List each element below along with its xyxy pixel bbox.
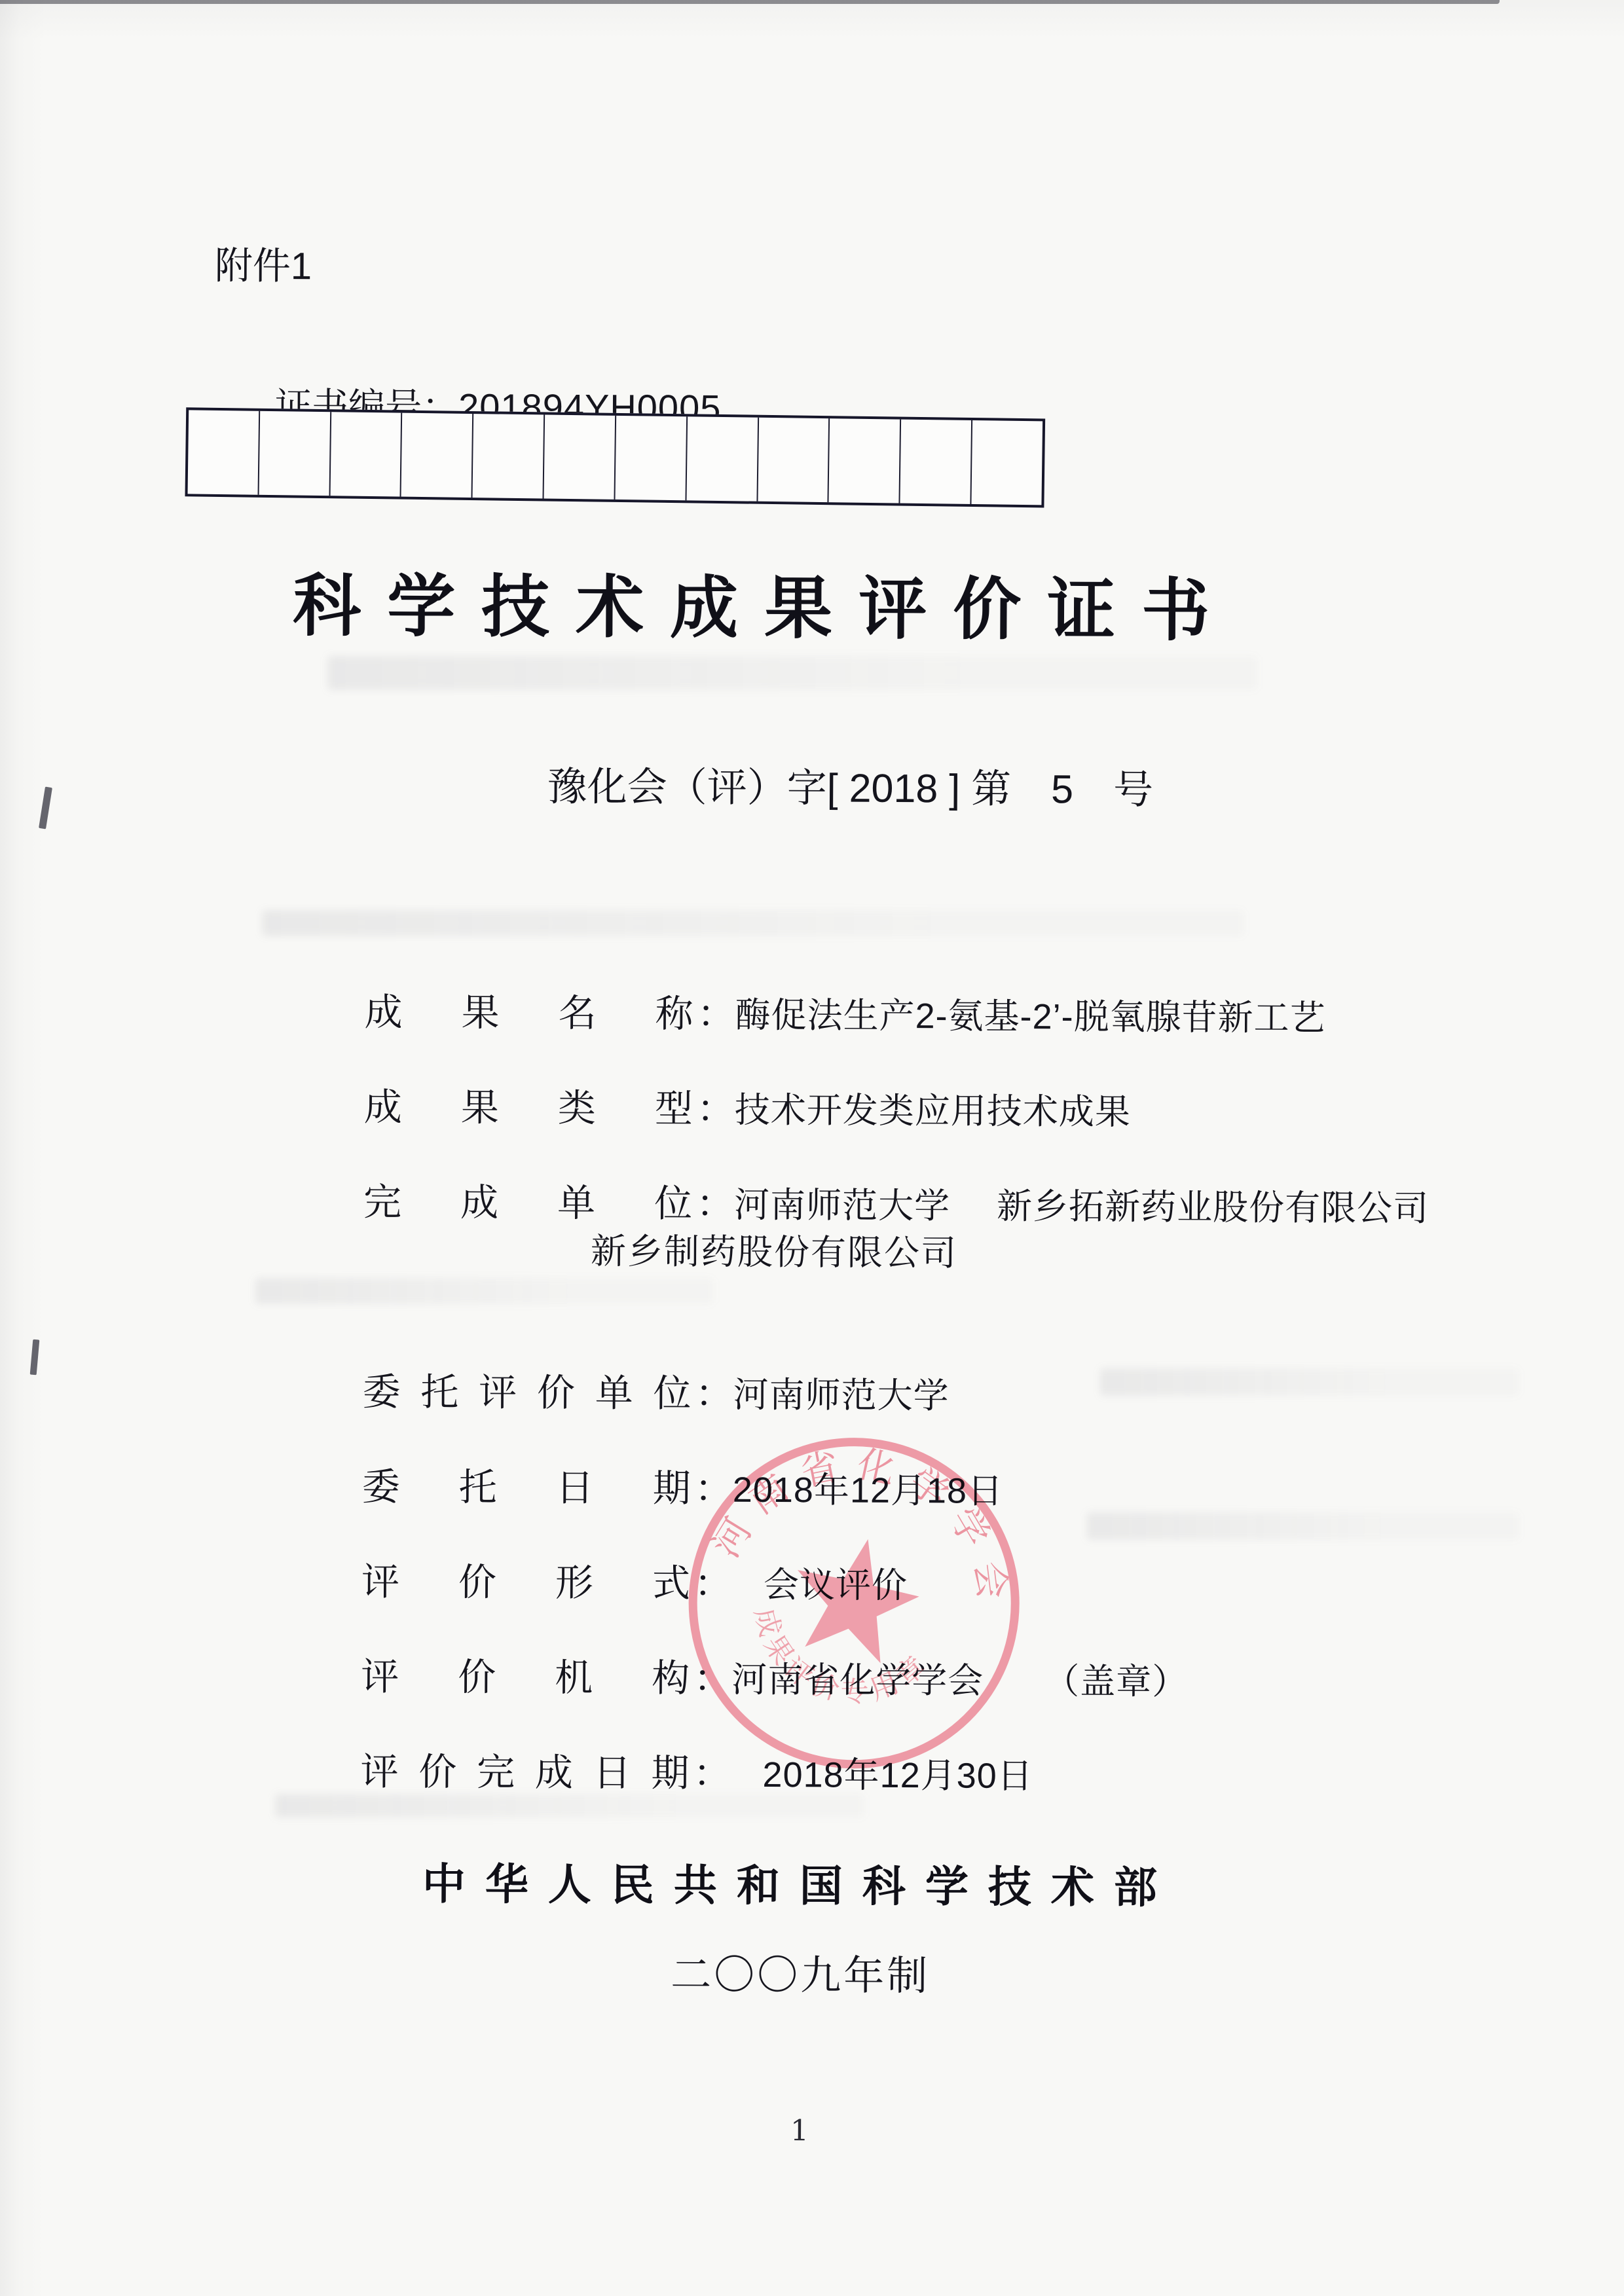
grid-cell <box>615 416 687 500</box>
field-value: 技术开发类应用技术成果 <box>735 1091 1131 1132</box>
colon: ： <box>696 1173 734 1228</box>
grid-cell <box>330 412 402 496</box>
field-label: 完成单位 <box>363 1171 692 1228</box>
grid-cell <box>900 420 972 504</box>
colon: ： <box>697 983 735 1038</box>
edition-year: 二〇〇九年制 <box>671 1942 930 2001</box>
grid-cell <box>401 413 473 498</box>
grid-cell <box>758 418 830 502</box>
field-label: 评价形式 <box>361 1551 690 1608</box>
field-value: 酶促法生产2-氨基-2’-脱氧腺苷新工艺 <box>735 996 1325 1038</box>
issuing-authority: 中华人民共和国科学技术部 <box>422 1849 1177 1915</box>
grid-cell <box>972 420 1043 505</box>
scanned-certificate-page: 附件1 证书编号：201894YH0005 科学技术成果评价证书 豫化会（评）字… <box>0 0 1624 2296</box>
certificate-content: 附件1 证书编号：201894YH0005 科学技术成果评价证书 豫化会（评）字… <box>0 0 1624 2296</box>
colon: ： <box>697 1078 735 1133</box>
document-title: 科学技术成果评价证书 <box>293 551 1236 654</box>
field-label: 评价完成日期 <box>360 1741 689 1798</box>
field-label: 成果类型 <box>364 1076 693 1133</box>
field-label: 委托日期 <box>362 1456 691 1513</box>
field-value: 河南师范大学 新乡拓新药业股份有限公司 <box>734 1186 1429 1229</box>
grid-cell <box>829 418 901 503</box>
grid-cell <box>473 414 545 498</box>
seal-star <box>782 1526 929 1668</box>
completing-unit-line2: 新乡制药股份有限公司 <box>591 1224 957 1276</box>
field-label: 评价机构 <box>361 1646 690 1703</box>
grid-cell <box>259 411 331 496</box>
field-value: 河南师范大学 <box>733 1376 949 1416</box>
seal-here-note: （盖章） <box>1044 1662 1188 1702</box>
field-label: 委托评价单位 <box>362 1361 691 1418</box>
grid-cell <box>188 410 260 494</box>
official-red-seal: 河南省化学学会 成果评价专用章 <box>683 1432 1025 1774</box>
colon: ： <box>695 1362 733 1417</box>
field-label: 成果名称 <box>364 981 693 1038</box>
page-number: 1 <box>790 2114 809 2147</box>
grid-cell <box>544 414 616 499</box>
grid-cell <box>686 416 758 501</box>
attachment-label: 附件1 <box>215 235 312 291</box>
certificate-number-grid <box>185 407 1045 507</box>
reference-number-line: 豫化会（评）字[ 2018 ] 第 5 号 <box>547 755 1154 815</box>
